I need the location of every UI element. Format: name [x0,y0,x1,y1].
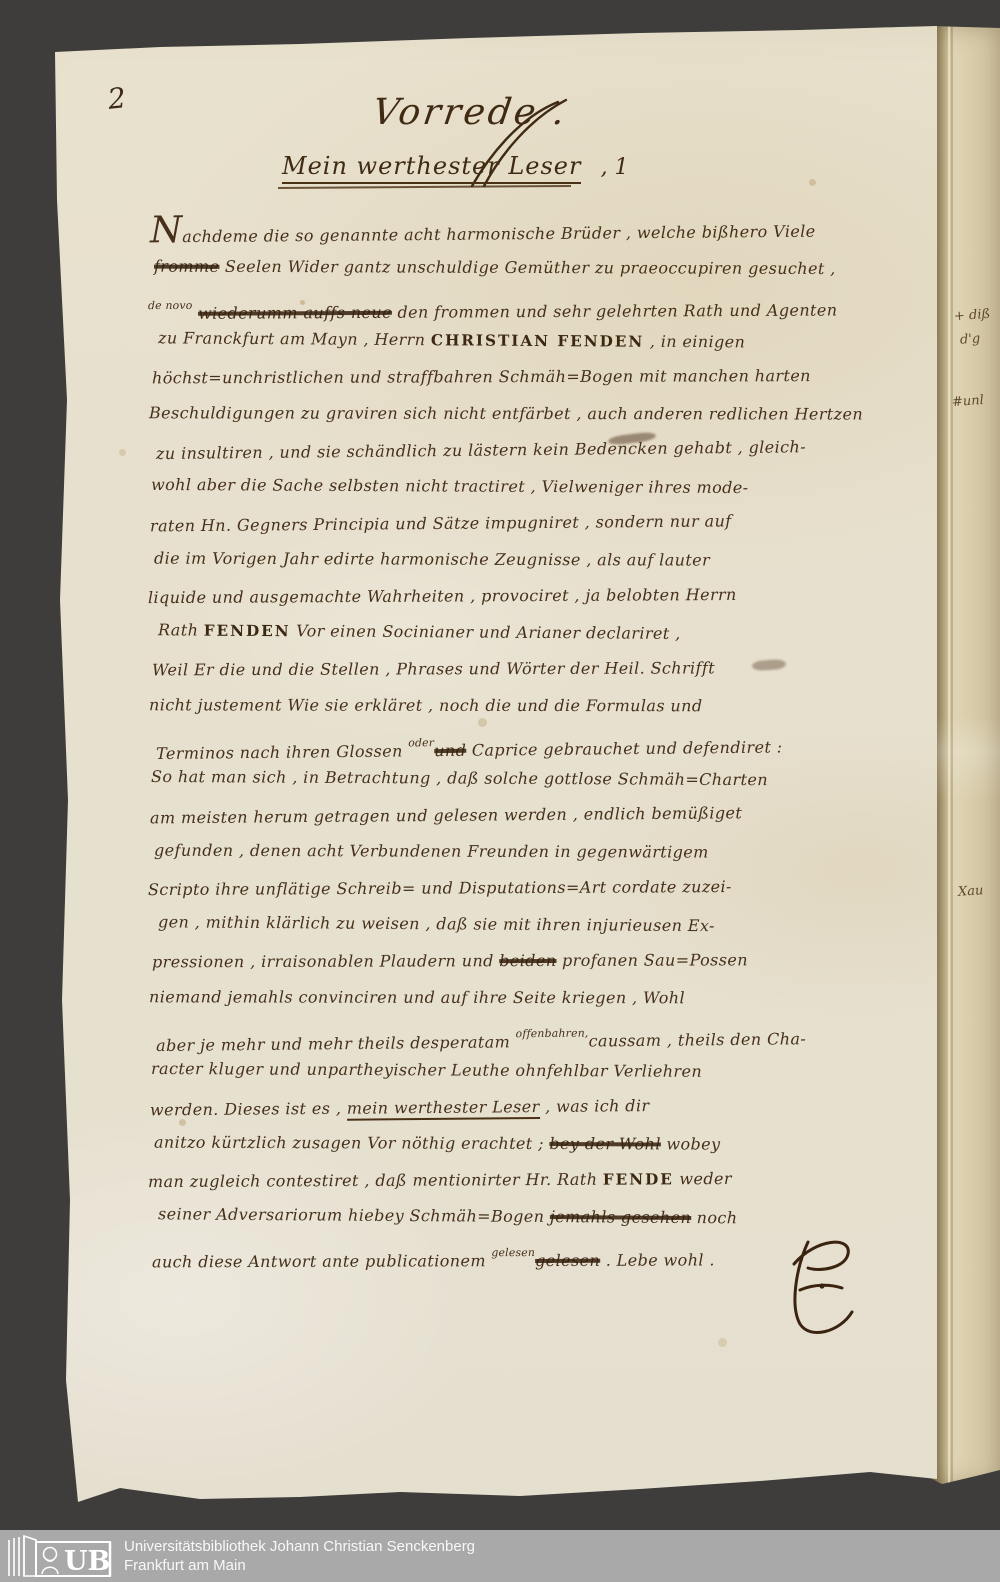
manuscript-line-segment: gen , mithin klärlich zu weisen , daß si… [158,912,715,935]
margin-note: Xau [958,883,984,900]
manuscript-line: gen , mithin klärlich zu weisen , daß si… [148,905,938,947]
manuscript-line-segment: profanen Sau=Possen [556,950,747,970]
manuscript-line-segment: Vor einen Socinianer und Arianer declari… [291,621,681,643]
manuscript-line-segment: Weil Er die und die Stellen , Phrases un… [152,658,715,679]
manuscript-line-segment: nicht justement Wie sie erkläret , noch … [149,695,703,715]
svg-text:UB: UB [64,1546,110,1577]
manuscript-line: gefunden , denen acht Verbundenen Freund… [148,833,938,872]
manuscript-line-segment: gelesen [535,1251,600,1270]
manuscript-line-segment: offenbahren, [515,1027,588,1041]
margin-note: d'g [960,331,981,347]
manuscript-line-segment: pressionen , irraisonablen Plaudern und [152,951,499,971]
manuscript-line: pressionen , irraisonablen Plaudern und … [148,943,938,982]
ub-library-logo: UB [6,1534,114,1578]
margin-note: #unl [952,393,985,410]
manuscript-line-segment: FENDE [603,1170,674,1188]
manuscript-line: Terminos nach ihren Glossen oderund Capr… [148,721,938,766]
manuscript-heading: Vorrede . [0,92,940,133]
manuscript-line-segment: liquide und ausgemachte Wahrheiten , pro… [148,585,737,607]
manuscript-line: raten Hn. Gegners Principia und Sätze im… [148,503,938,546]
manuscript-line-segment: weder [674,1169,732,1188]
page-fold-line [948,26,950,1484]
manuscript-line-segment: gefunden , denen acht Verbundenen Freund… [154,840,709,861]
manuscript-line-segment: und [434,741,466,760]
manuscript-line-segment: gelesen [491,1246,535,1259]
manuscript-line-segment: . Lebe wohl . [600,1250,715,1269]
manuscript-line-segment: anitzo kürtzlich zusagen Vor nöthig erac… [154,1132,549,1152]
salutation-row: Mein werthester Leser , 1 [282,152,629,184]
adjacent-pages-edge: + diß d'g #unl Xau [930,26,1000,1484]
manuscript-line: nicht justement Wie sie erkläret , noch … [148,688,938,726]
manuscript-line-segment: am meisten herum getragen und gelesen we… [150,803,742,827]
scanned-document-viewer: + diß d'g #unl Xau 2 Vorrede . Mein wert… [0,0,1000,1582]
manuscript-line-segment: So hat man sich , in Betrachtung , daß s… [151,766,768,788]
paraph-flourish [756,1228,876,1348]
manuscript-line: racter kluger und unpartheyischer Leuthe… [148,1051,938,1092]
manuscript-line-segment: Seelen Wider gantz unschuldige Gemüther … [219,256,835,277]
manuscript-line-segment: auch diese Antwort ante publicationem [152,1251,491,1271]
manuscript-line: Beschuldigungen zu graviren sich nicht e… [148,396,938,434]
manuscript-line: liquide und ausgemachte Wahrheiten , pro… [148,577,938,618]
manuscript-line: fromme Seelen Wider gantz unschuldige Ge… [148,249,938,288]
heading-title: Vorrede . [370,92,570,133]
manuscript-line: Weil Er die und die Stellen , Phrases un… [148,651,938,690]
manuscript-line-segment: den frommen und sehr gelehrten Rath und … [392,300,838,321]
footer-text-block: Universitätsbibliothek Johann Christian … [124,1537,475,1575]
salutation-mark: , 1 [601,155,629,180]
salutation: Mein werthester Leser [282,152,581,184]
manuscript-line: Nachdeme die so genannte acht harmonisch… [148,211,938,254]
manuscript-line-segment: beiden [499,951,556,970]
manuscript-line-segment: Scripto ihre unflätige Schreib= und Disp… [148,877,732,899]
manuscript-line-segment: wohl aber die Sache selbsten nicht tract… [151,474,749,496]
manuscript-line: die im Vorigen Jahr edirte harmonische Z… [148,541,938,580]
manuscript-line-segment: FENDEN [204,621,291,640]
manuscript-line-segment: wiederumm auffs neue [198,303,392,323]
manuscript-line: de novo wiederumm auffs neue den frommen… [148,285,938,326]
manuscript-line: aber je mehr und mehr theils desperatam … [148,1013,938,1058]
manuscript-line: höchst=unchristlichen und straffbahren S… [148,359,938,398]
manuscript-line-segment: niemand jemahls convinciren und auf ihre… [149,987,685,1007]
manuscript-line-segment: Beschuldigungen zu graviren sich nicht e… [149,403,863,423]
manuscript-line: anitzo kürtzlich zusagen Vor nöthig erac… [148,1125,938,1164]
manuscript-line-segment: de novo [148,299,193,312]
manuscript-line-segment: mein werthester Leser [347,1097,540,1121]
manuscript-line: Rath FENDEN Vor einen Socinianer und Ari… [148,613,938,655]
manuscript-line-segment: jemahls gesehen [550,1207,691,1227]
manuscript-line-segment: bey der Wohl [549,1134,661,1153]
manuscript-line-segment: , in einigen [644,331,745,351]
manuscript-line-segment: noch [691,1208,737,1227]
manuscript-line-segment: caussam , theils den Cha- [589,1029,807,1050]
manuscript-line-segment: CHRISTIAN FENDEN [431,331,644,350]
manuscript-line-segment: werden. Dieses ist es , [150,1099,347,1120]
footer-city: Frankfurt am Main [124,1556,475,1575]
margin-note: + diß [954,307,991,324]
manuscript-line-segment: seiner Adversariorum hiebey Schmäh=Bogen [158,1204,550,1226]
manuscript-line-segment: zu insultiren , und sie schändlich zu lä… [156,437,806,463]
manuscript-line-segment: höchst=unchristlichen und straffbahren S… [152,366,811,387]
manuscript-line: am meisten herum getragen und gelesen we… [148,795,938,838]
manuscript-line-segment: wobey [661,1134,721,1153]
manuscript-line-segment: Rath [158,620,204,639]
manuscript-page: 2 Vorrede . Mein werthester Leser , 1 Na… [0,0,1000,1582]
manuscript-line-segment: racter kluger und unpartheyischer Leuthe… [151,1058,702,1080]
manuscript-line-segment: fromme [154,256,219,275]
manuscript-line: man zugleich contestiret , daß mentionir… [148,1161,938,1202]
manuscript-line: Scripto ihre unflätige Schreib= und Disp… [148,869,938,910]
manuscript-line: werden. Dieses ist es , mein werthester … [148,1087,938,1130]
manuscript-line-segment: die im Vorigen Jahr edirte harmonische Z… [154,548,710,569]
manuscript-lines: Nachdeme die so genannte acht harmonisch… [148,214,938,1273]
manuscript-line: zu insultiren , und sie schändlich zu lä… [148,429,938,474]
footer-institution: Universitätsbibliothek Johann Christian … [124,1537,475,1556]
manuscript-line-segment: oder [408,736,434,749]
manuscript-line-segment: , was ich dir [540,1096,650,1116]
manuscript-line: zu Franckfurt am Mayn , Herrn CHRISTIAN … [148,321,938,363]
manuscript-line: So hat man sich , in Betrachtung , daß s… [148,759,938,800]
manuscript-line-segment: Caprice gebrauchet und defendiret : [466,737,782,759]
library-footer: UB Universitätsbibliothek Johann Christi… [0,1530,1000,1582]
manuscript-line: niemand jemahls convinciren und auf ihre… [148,980,938,1018]
manuscript-line-segment: zu Franckfurt am Mayn , Herrn [158,328,431,349]
manuscript-line-segment: raten Hn. Gegners Principia und Sätze im… [150,511,732,535]
manuscript-line-segment: man zugleich contestiret , daß mentionir… [148,1170,603,1191]
manuscript-line: wohl aber die Sache selbsten nicht tract… [148,467,938,508]
manuscript-line-segment: Nachdeme die so genannte acht harmonisch… [150,222,816,247]
